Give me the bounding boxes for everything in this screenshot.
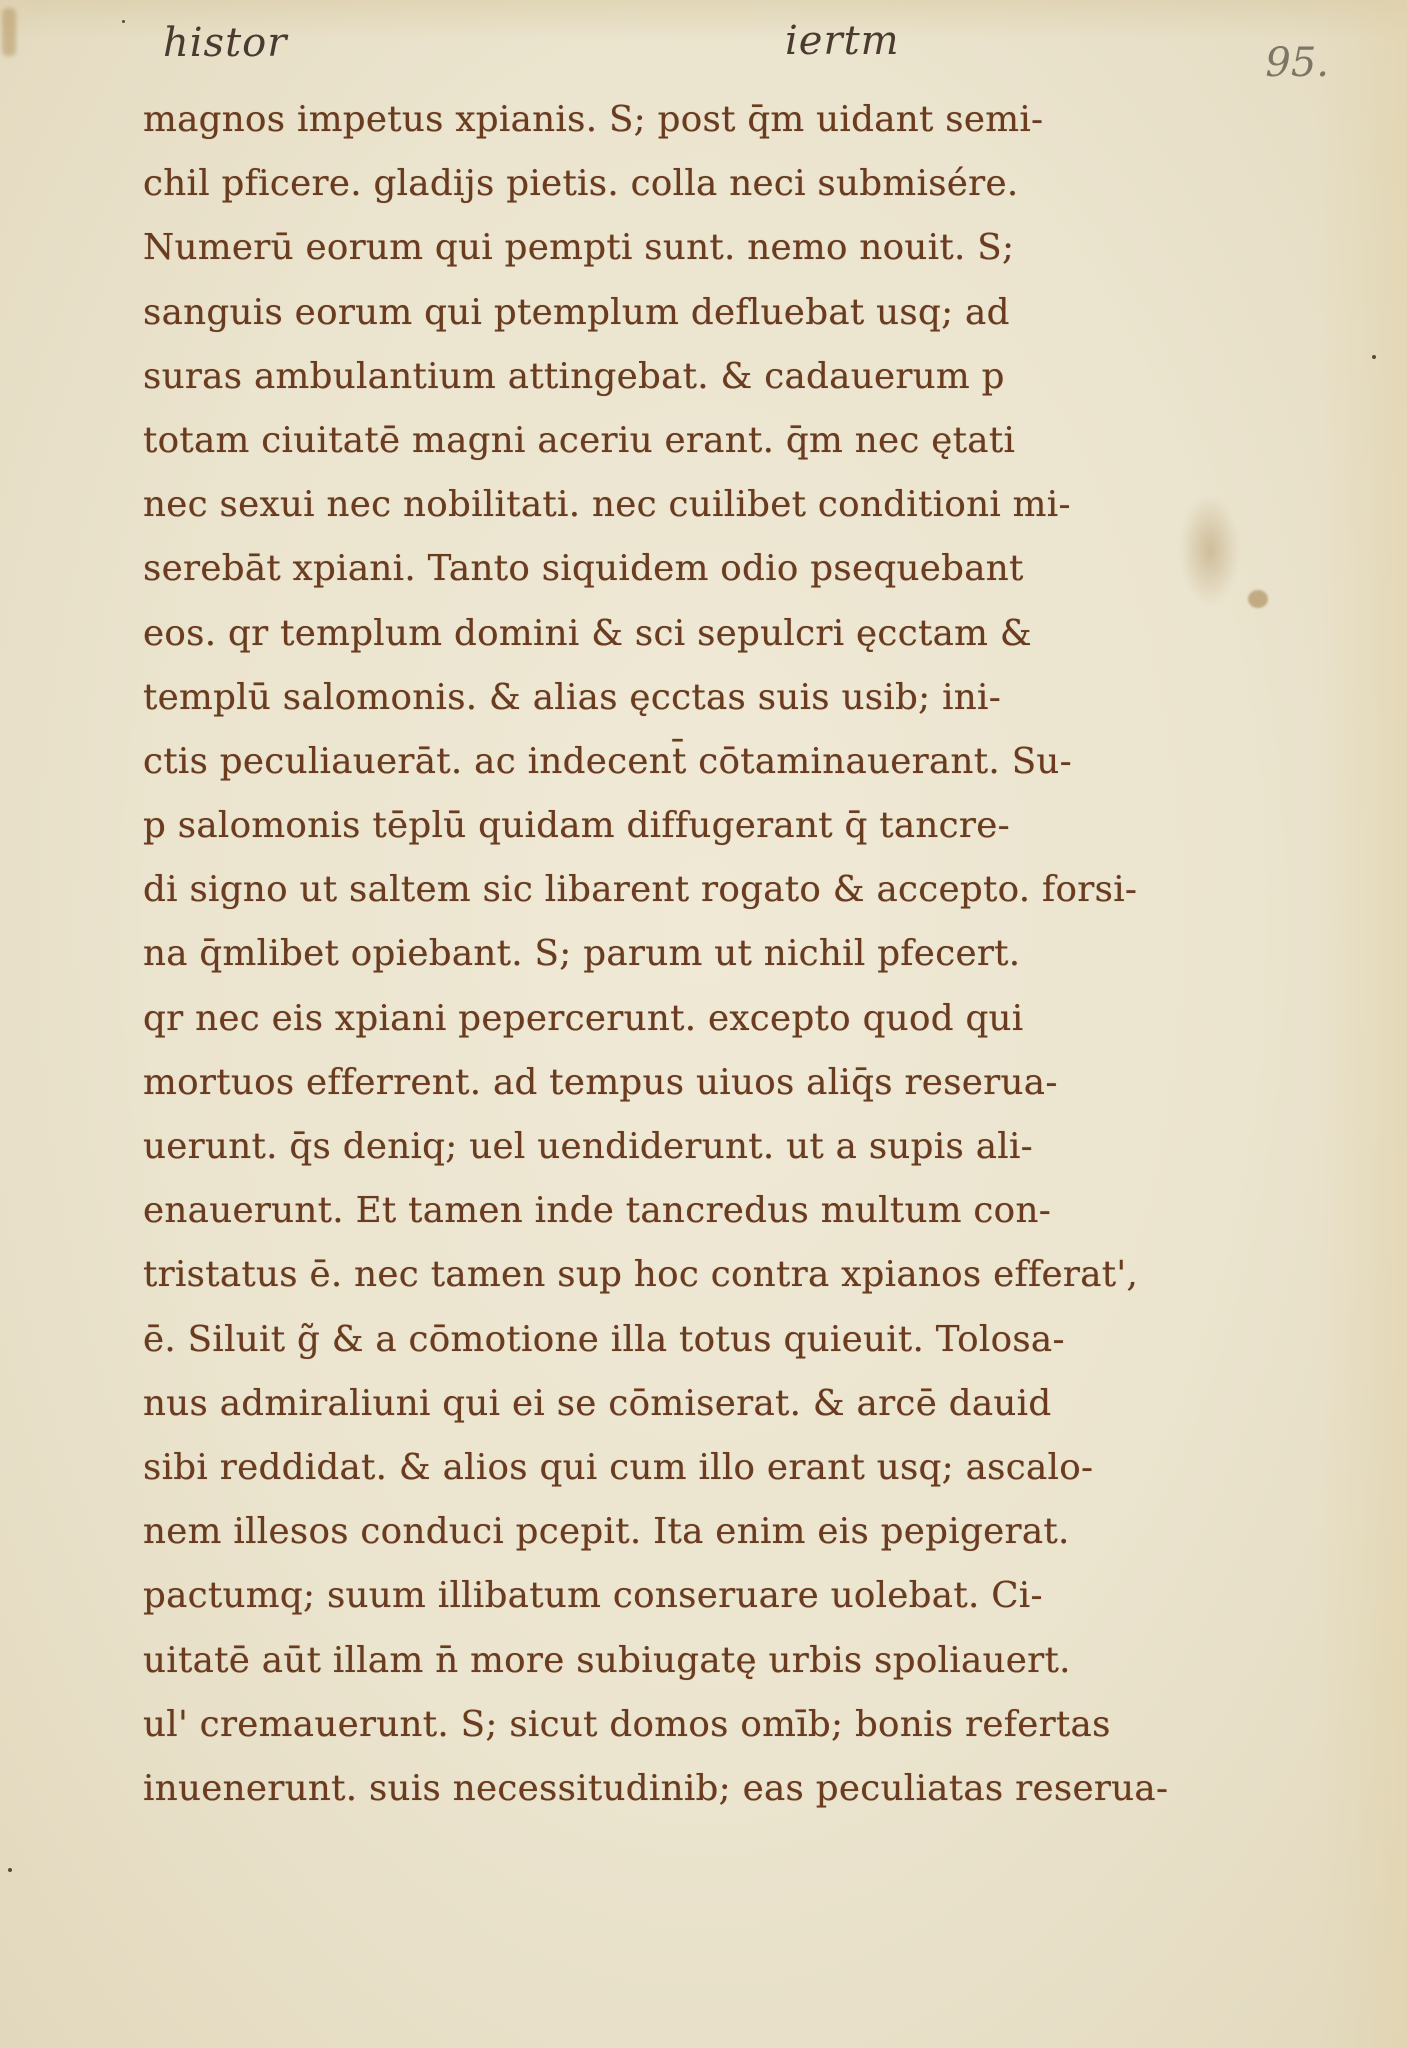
text-line: ē. Siluit g̃ & a cōmotione illa totus qu… bbox=[143, 1308, 1183, 1372]
text-line: ul' cremauerunt. S; sicut domos omīb; bo… bbox=[143, 1693, 1183, 1757]
text-block: magnos impetus xpianis. S; post q̄m uida… bbox=[143, 88, 1183, 1821]
text-line: di signo ut saltem sic libarent rogato &… bbox=[143, 858, 1183, 922]
text-line: pactumq; suum illibatum conseruare uoleb… bbox=[143, 1564, 1183, 1628]
running-header-left: histor bbox=[163, 20, 287, 66]
text-line: sibi reddidat. & alios qui cum illo eran… bbox=[143, 1436, 1183, 1500]
text-line: totam ciuitatē magni aceriu erant. q̄m n… bbox=[143, 409, 1183, 473]
stain-top-left bbox=[2, 8, 16, 56]
manuscript-page: histor iertm 95. magnos impetus xpianis.… bbox=[0, 0, 1407, 2048]
text-line: uitatē aūt illam n̄ more subiugatę urbis… bbox=[143, 1629, 1183, 1693]
text-line: na q̄mlibet opiebant. S; parum ut nichil… bbox=[143, 922, 1183, 986]
text-line: nus admiraliuni qui ei se cōmiserat. & a… bbox=[143, 1372, 1183, 1436]
text-line: chil pficere. gladijs pietis. colla neci… bbox=[143, 152, 1183, 216]
text-line: nec sexui nec nobilitati. nec cuilibet c… bbox=[143, 473, 1183, 537]
ink-speck bbox=[122, 20, 125, 23]
text-line: nem illesos conduci pcepit. Ita enim eis… bbox=[143, 1500, 1183, 1564]
text-line: p salomonis tēplū quidam diffugerant q̄ … bbox=[143, 794, 1183, 858]
text-line: qr nec eis xpiani pepercerunt. excepto q… bbox=[143, 987, 1183, 1051]
text-line: inuenerunt. suis necessitudinib; eas pec… bbox=[143, 1757, 1183, 1821]
ink-speck bbox=[8, 1868, 12, 1872]
text-line: mortuos efferrent. ad tempus uiuos aliq̄… bbox=[143, 1051, 1183, 1115]
text-line: templū salomonis. & alias ęcctas suis us… bbox=[143, 666, 1183, 730]
text-line: suras ambulantium attingebat. & cadaueru… bbox=[143, 345, 1183, 409]
stain-right-margin bbox=[1180, 495, 1240, 605]
stain-right-margin-spot bbox=[1248, 590, 1268, 608]
text-line: magnos impetus xpianis. S; post q̄m uida… bbox=[143, 88, 1183, 152]
text-line: ctis peculiauerāt. ac indecent̄ cōtamina… bbox=[143, 730, 1183, 794]
text-line: enauerunt. Et tamen inde tancredus multu… bbox=[143, 1179, 1183, 1243]
text-line: eos. qr templum domini & sci sepulcri ęc… bbox=[143, 602, 1183, 666]
text-line: serebāt xpiani. Tanto siquidem odio pseq… bbox=[143, 537, 1183, 601]
text-line: uerunt. q̄s deniq; uel uendiderunt. ut a… bbox=[143, 1115, 1183, 1179]
text-line: sanguis eorum qui ptemplum defluebat usq… bbox=[143, 281, 1183, 345]
text-line: tristatus ē. nec tamen sup hoc contra xp… bbox=[143, 1243, 1183, 1307]
folio-number: 95. bbox=[1265, 40, 1329, 86]
text-line: Numerū eorum qui pempti sunt. nemo nouit… bbox=[143, 216, 1183, 280]
ink-speck bbox=[1372, 355, 1376, 359]
parchment-right-edge bbox=[1317, 0, 1407, 2048]
running-header-center: iertm bbox=[785, 18, 900, 64]
